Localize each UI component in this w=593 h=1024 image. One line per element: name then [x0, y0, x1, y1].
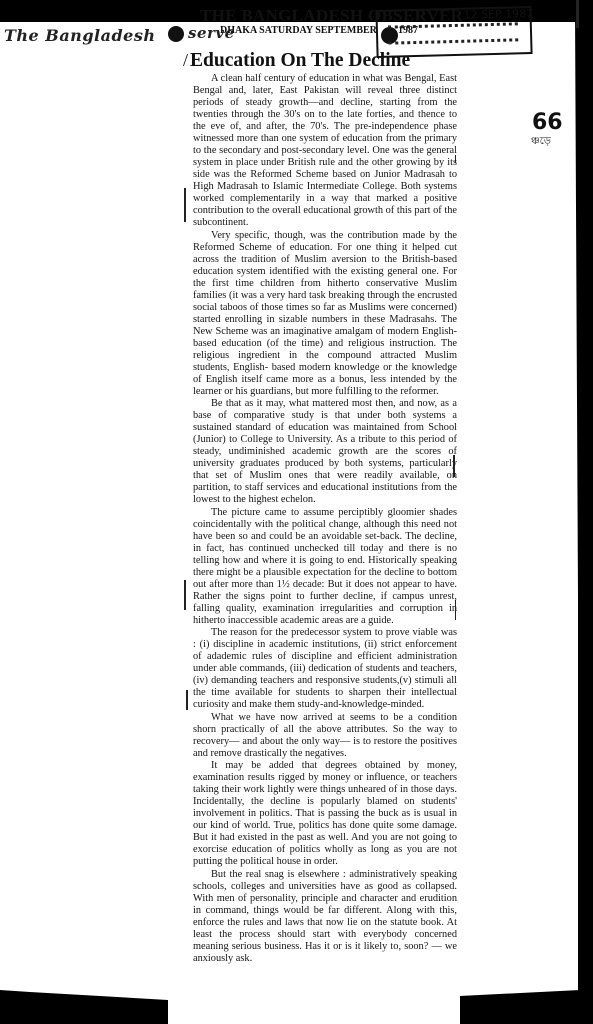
article-paragraph: But the real snag is elsewhere : adminis…: [193, 869, 457, 965]
dateline-text: DHAKA SATURDAY SEPTEMBER: [220, 25, 377, 36]
dateline: DHAKA SATURDAY SEPTEMBER 1987: [220, 25, 377, 36]
stamp-dotted-line: [388, 22, 518, 31]
stamp-date: 12 SEP 1987: [463, 7, 533, 22]
headline-text: Education On The Decline: [190, 50, 410, 71]
scan-mark: [453, 455, 455, 477]
check-mark-icon: /: [183, 50, 188, 70]
scan-mark: [455, 155, 456, 163]
ink-blot: [168, 26, 184, 42]
article-paragraph: It may be added that degrees obtained by…: [193, 760, 457, 868]
scan-mark: [455, 600, 456, 620]
article-paragraph: The reason for the predecessor system to…: [193, 627, 457, 711]
article-body: A clean half century of education in wha…: [193, 73, 457, 965]
article-paragraph: A clean half century of education in wha…: [193, 73, 457, 229]
scan-mark: [576, 0, 579, 28]
article-paragraph: What we have now arrived at seems to be …: [193, 712, 457, 760]
handwritten-margin-number: 66: [532, 110, 563, 135]
article-paragraph: Very specific, though, was the contribut…: [193, 230, 457, 398]
handwritten-margin-note: ঞ্চড়ে: [531, 134, 551, 151]
scan-border-right: [578, 0, 593, 1024]
masthead-logo-script: The Bangladesh serve: [4, 26, 155, 45]
scan-mark: [184, 580, 186, 610]
article-paragraph: Be that as it may, what mattered most th…: [193, 398, 457, 506]
scan-mark: [184, 188, 186, 222]
stamp-dotted-line: [388, 38, 518, 47]
article-headline: /Education On The Decline: [183, 50, 410, 72]
scan-mark: [186, 690, 188, 710]
article-paragraph: The picture came to assume perciptibly g…: [193, 507, 457, 627]
